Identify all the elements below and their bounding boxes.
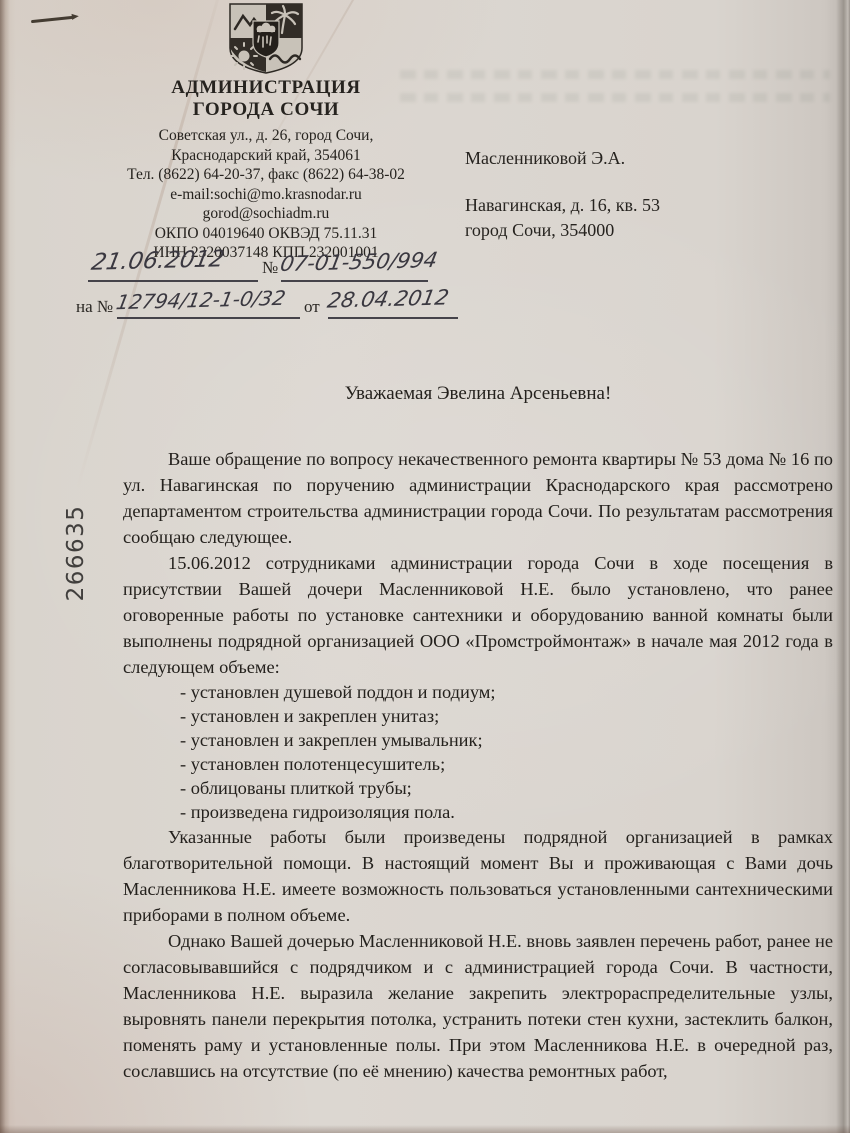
- works-list-item: - установлен полотенцесушитель;: [180, 752, 833, 776]
- outgoing-number-handwriting: 07-01-550/994: [278, 248, 439, 276]
- recipient-street: Навагинская, д. 16, кв. 53: [465, 193, 660, 218]
- scan-left-edge: [0, 0, 10, 1133]
- paragraph-4: Однако Вашей дочерью Масленниковой Н.Е. …: [123, 928, 833, 1084]
- org-address-line1: Советская ул., д. 26, город Сочи,: [72, 126, 460, 146]
- org-name-line2: ГОРОДА СОЧИ: [72, 99, 460, 121]
- works-list-item: - произведена гидроизоляция пола.: [180, 800, 833, 824]
- from-label: от: [304, 297, 320, 317]
- works-list-item: - установлен и закреплен умывальник;: [180, 728, 833, 752]
- pen-mark: [31, 16, 73, 23]
- scanned-letter-page: АДМИНИСТРАЦИЯ ГОРОДА СОЧИ Советская ул.,…: [0, 0, 850, 1133]
- scan-bottom-edge: [0, 1125, 850, 1133]
- works-list: - установлен душевой поддон и подиум; - …: [123, 680, 833, 824]
- org-codes-line1: ОКПО 04019640 ОКВЭД 75.11.31: [72, 224, 460, 244]
- incoming-number-field: 12794/12-1-0/32: [117, 285, 300, 319]
- letter-body: Ваше обращение по вопросу некачественног…: [123, 446, 833, 1084]
- outgoing-date-field: 21.06.2012: [88, 248, 258, 282]
- letterhead: АДМИНИСТРАЦИЯ ГОРОДА СОЧИ Советская ул.,…: [72, 2, 460, 263]
- org-address-line2: Краснодарский край, 354061: [72, 146, 460, 166]
- outgoing-date-handwriting: 21.06.2012: [89, 246, 226, 275]
- org-email-line1: e-mail:sochi@mo.krasnodar.ru: [72, 185, 460, 205]
- outgoing-number-field: 07-01-550/994: [281, 242, 428, 282]
- paragraph-3: Указанные работы были произведены подряд…: [123, 824, 833, 928]
- recipient-city: город Сочи, 354000: [465, 218, 660, 243]
- incoming-ref-label: на №: [76, 297, 113, 317]
- org-phone-line: Тел. (8622) 64-20-37, факс (8622) 64-38-…: [72, 165, 460, 185]
- incoming-date-handwriting: 28.04.2012: [325, 285, 450, 312]
- recipient-block: Масленниковой Э.А. Навагинская, д. 16, к…: [465, 146, 660, 243]
- works-list-item: - облицованы плиткой трубы;: [180, 776, 833, 800]
- works-list-item: - установлен душевой поддон и подиум;: [180, 680, 833, 704]
- sochi-coat-of-arms-emblem: [223, 2, 309, 76]
- incoming-number-handwriting: 12794/12-1-0/32: [114, 286, 287, 314]
- recipient-name: Масленниковой Э.А.: [465, 146, 660, 171]
- org-email-line2: gorod@sochiadm.ru: [72, 204, 460, 224]
- bleed-through-marks: [400, 70, 830, 110]
- paragraph-1: Ваше обращение по вопросу некачественног…: [123, 446, 833, 550]
- registration-stamp-number: 266635: [63, 498, 93, 608]
- org-name-line1: АДМИНИСТРАЦИЯ: [72, 77, 460, 99]
- scan-right-edge: [836, 0, 850, 1133]
- salutation: Уважаемая Эвелина Арсеньевна!: [123, 383, 833, 405]
- paragraph-2: 15.06.2012 сотрудниками администрации го…: [123, 550, 833, 680]
- number-sign-label: №: [262, 258, 278, 278]
- incoming-date-field: 28.04.2012: [328, 285, 458, 319]
- works-list-item: - установлен и закреплен унитаз;: [180, 704, 833, 728]
